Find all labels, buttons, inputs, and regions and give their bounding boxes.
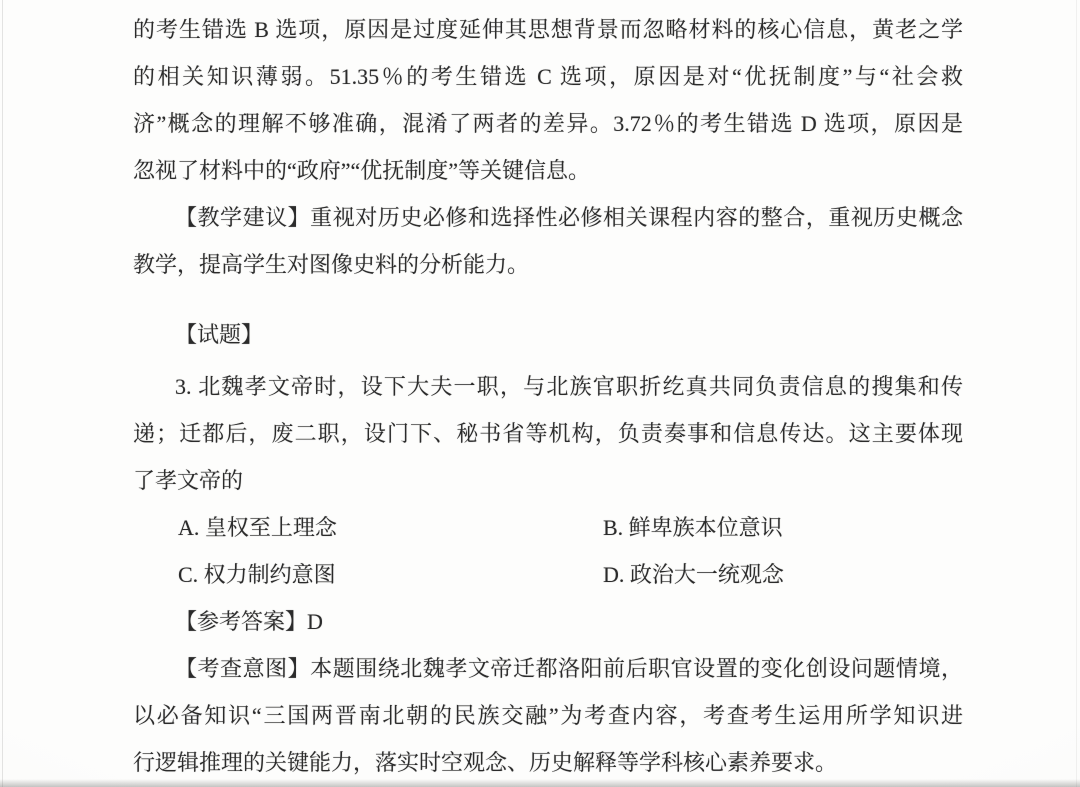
option-d: D. 政治大一统观念 [603,562,784,587]
error-analysis-line-3: 济”概念的理解不够准确，混淆了两者的差异。3.72％的考生错选 D 选项，原因是 [133,100,963,147]
photo-right-edge [1076,0,1077,787]
question-stem-line-2: 递；迁都后，废二职，设门下、秘书省等机构，负责奏事和信息传达。这主要体现 [133,410,963,457]
question-stem-line-3: 了孝文帝的 [133,457,963,504]
photo-left-edge [2,0,3,787]
teaching-advice-line-1: 【教学建议】重视对历史必修和选择性必修相关课程内容的整合，重视历史概念 [133,194,963,241]
options-row-cd: C. 权力制约意图D. 政治大一统观念 [133,551,963,598]
question-stem-line-1: 3. 北魏孝文帝时，设下大夫一职，与北族官职折纥真共同负责信息的搜集和传 [133,363,963,410]
document-photo-page: 的考生错选 B 选项，原因是过度延伸其思想背景而忽略材料的核心信息，黄老之学 的… [0,0,1080,787]
error-analysis-line-4: 忽视了材料中的“政府”“优抚制度”等关键信息。 [133,147,963,194]
exam-intent-line-2: 以必备知识“三国两晋南北朝的民族交融”为考查内容，考查考生运用所学知识进 [133,692,963,739]
error-analysis-line-1: 的考生错选 B 选项，原因是过度延伸其思想背景而忽略材料的核心信息，黄老之学 [133,6,963,53]
options-row-ab: A. 皇权至上理念B. 鲜卑族本位意识 [133,504,963,551]
document-body: 的考生错选 B 选项，原因是过度延伸其思想背景而忽略材料的核心信息，黄老之学 的… [133,6,963,786]
question-section-label: 【试题】 [133,311,963,358]
option-b: B. 鲜卑族本位意识 [603,515,783,540]
option-c: C. 权力制约意图 [178,551,603,598]
reference-answer: 【参考答案】D [133,598,963,645]
photo-bottom-edge [0,779,1080,787]
error-analysis-line-2: 的相关知识薄弱。51.35％的考生错选 C 选项，原因是对“优抚制度”与“社会救 [133,53,963,100]
teaching-advice-line-2: 教学，提高学生对图像史料的分析能力。 [133,241,963,288]
exam-intent-line-1: 【考查意图】本题围绕北魏孝文帝迁都洛阳前后职官设置的变化创设问题情境， [133,645,963,692]
option-a: A. 皇权至上理念 [178,504,603,551]
